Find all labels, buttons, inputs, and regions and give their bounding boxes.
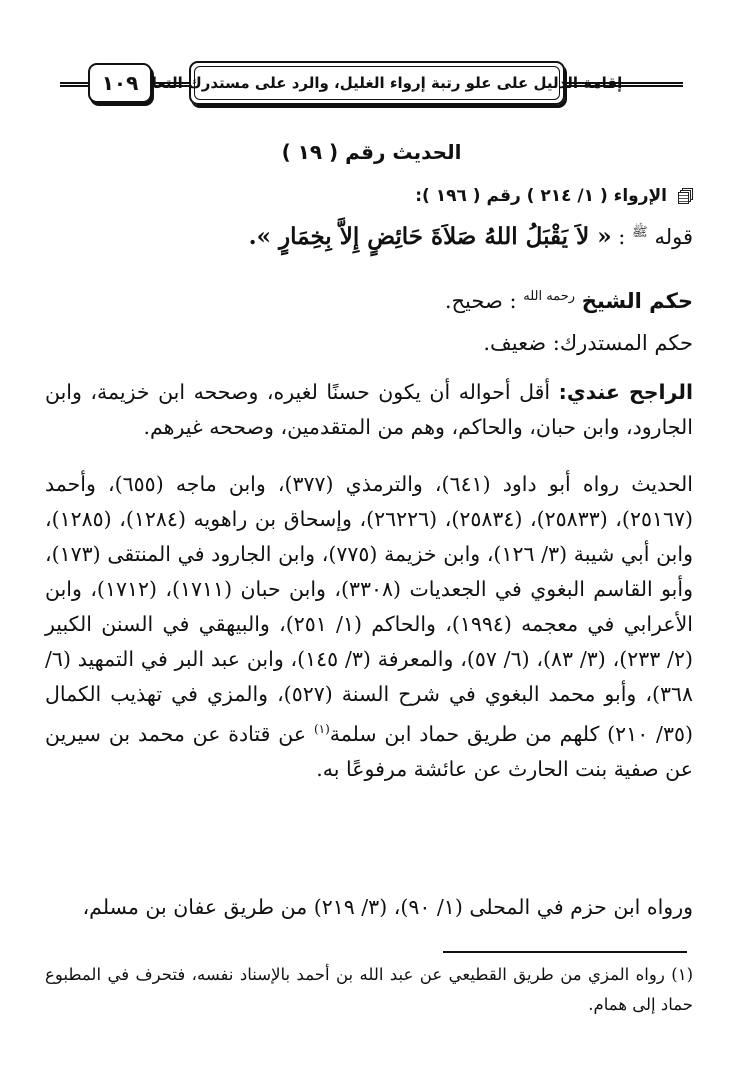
- takhrij-paragraph: الحديث رواه أبو داود (٦٤١)، والترمذي (٣٧…: [45, 467, 693, 787]
- mustadrak-verdict-line: حكم المستدرك: ضعيف.: [45, 330, 693, 357]
- footnote-marker[interactable]: (١): [314, 722, 330, 736]
- footnote-1-marker: (١): [671, 965, 693, 984]
- hadith-heading: الحديث رقم ( ١٩ ): [0, 140, 743, 164]
- footnote-1-text: رواه المزي من طريق القطيعي عن عبد الله ب…: [45, 965, 693, 1014]
- quote-intro: قوله: [654, 225, 693, 249]
- mustadrak-verdict: حكم المستدرك: ضعيف.: [483, 331, 693, 355]
- header-rule-left: [60, 82, 90, 87]
- page-number: ١٠٩: [88, 63, 152, 103]
- takhrij-text: الحديث رواه أبو داود (٦٤١)، والترمذي (٣٧…: [45, 472, 693, 746]
- sheikh-verdict-line: حكم الشيخ رحمه الله : صحيح.: [45, 288, 693, 315]
- book-page: إقامة الدليل على علو رتبة إرواء الغليل، …: [0, 0, 743, 1091]
- irwa-reference: الإرواء ( ١/ ٢١٤ ) رقم ( ١٩٦ ):: [415, 186, 667, 206]
- running-title-frame: إقامة الدليل على علو رتبة إرواء الغليل، …: [189, 61, 565, 105]
- ibn-hazm-paragraph: ورواه ابن حزم في المحلى (١/ ٩٠)، (٣/ ٢١٩…: [45, 890, 693, 925]
- footnote-separator: [443, 951, 687, 953]
- irwa-reference-line: الإرواء ( ١/ ٢١٤ ) رقم ( ١٩٦ ):: [415, 186, 693, 206]
- ibn-hazm-text: ورواه ابن حزم في المحلى (١/ ٩٠)، (٣/ ٢١٩…: [83, 895, 693, 919]
- hadith-quote-line: قوله ﷺ : « لاَ يَقْبَلُ اللهُ صَلاَةَ حَ…: [45, 222, 693, 252]
- book-stack-icon: [677, 188, 693, 204]
- preferred-opinion-label: الراجح عندي:: [559, 380, 693, 404]
- sheikh-verdict: : صحيح.: [445, 289, 517, 313]
- sheikh-verdict-label: حكم الشيخ: [582, 289, 693, 313]
- footnote-1: (١) رواه المزي من طريق القطيعي عن عبد ال…: [45, 960, 693, 1020]
- running-title: إقامة الدليل على علو رتبة إرواء الغليل، …: [132, 74, 622, 92]
- preferred-opinion-paragraph: الراجح عندي: أقل أحواله أن يكون حسنًا لغ…: [45, 375, 693, 445]
- salawat-honorific: ﷺ: [632, 225, 648, 240]
- rahimahullah-honorific: رحمه الله: [523, 289, 575, 304]
- hadith-text: « لاَ يَقْبَلُ اللهُ صَلاَةَ حَائِضٍ إِل…: [249, 223, 612, 250]
- quote-colon: :: [618, 225, 625, 249]
